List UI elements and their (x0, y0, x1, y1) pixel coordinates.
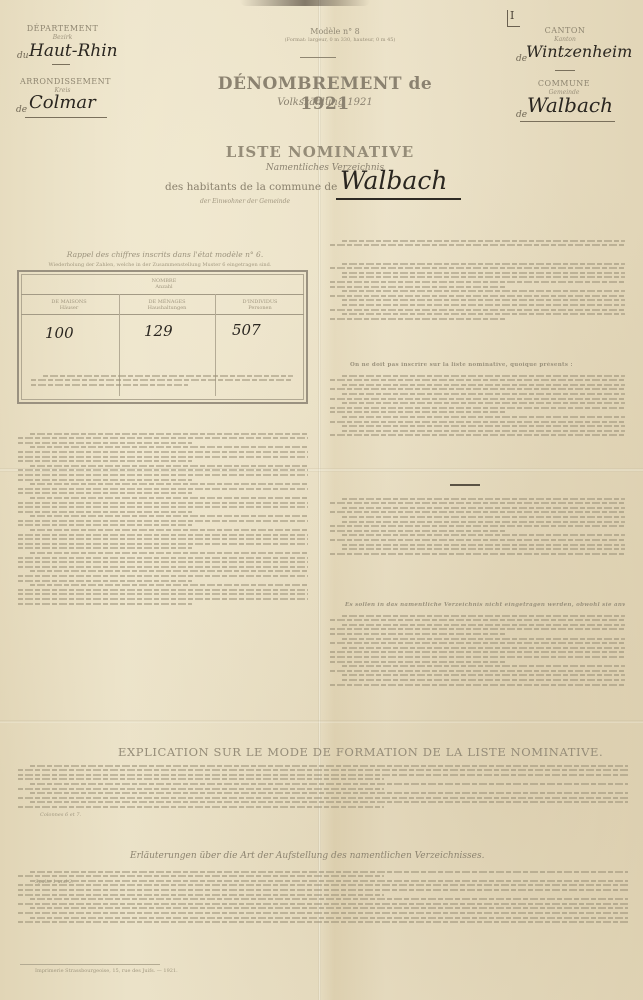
divider (300, 57, 336, 58)
liste-line-fr: des habitants de la commune de (165, 181, 337, 193)
rappel-table: NOMBRE Anzahl DE MAISONS Häuser DE MÉNAG… (17, 270, 308, 404)
rappel-title: Rappel des chiffres inscrits dans l'état… (50, 250, 280, 259)
arrondissement-label: ARRONDISSEMENT (20, 77, 105, 86)
table-col-header-maisons-de: Häuser (24, 305, 114, 312)
format-note: (Format: largeur, 0 m 330, hauteur, 0 m … (245, 37, 435, 43)
divider (555, 70, 575, 71)
arrondissement-prefix: de (16, 105, 27, 115)
model-number: Modèle n° 8 (280, 27, 390, 36)
arrondissement-value: Colmar (29, 92, 96, 113)
table-group-header-de: Anzahl (134, 284, 194, 291)
liste-title: LISTE NOMINATIVE (210, 143, 430, 161)
table-footnote (31, 372, 293, 400)
underline (520, 121, 615, 122)
commune-label: COMMUNE (528, 79, 600, 88)
erlaeuterung-title: Erläuterungen über die Art der Aufstellu… (130, 851, 484, 861)
department-label-de: Bezirk (25, 34, 100, 41)
explication-title: EXPLICATION SUR LE MODE DE FORMATION DE … (118, 745, 603, 759)
underline (25, 117, 107, 118)
table-col-header-individus-de: Personen (218, 305, 302, 312)
rappel-title-de: Wiederholung der Zahlen, welche in der Z… (15, 262, 305, 268)
table-value-menages: 129 (144, 322, 173, 340)
printer-footer: Imprimerie Strassbourgeoise, 15, rue des… (35, 968, 178, 974)
department-prefix: du (17, 51, 29, 61)
table-value-individus: 507 (232, 321, 261, 339)
erlaeuterung-item-1: Spalte 1 und 2. (35, 879, 74, 885)
department-value: Haut-Rhin (29, 41, 118, 61)
table-col-header-menages-de: Haushaltungen (122, 305, 212, 312)
footer-divider (20, 964, 160, 965)
right-heading-2: On ne doit pas inscrire sur la liste nom… (350, 362, 620, 368)
table-value-maisons: 100 (45, 324, 74, 342)
corner-mark: I (510, 9, 514, 22)
erlaeuterung-body (18, 868, 628, 968)
commune-value: Walbach (527, 93, 613, 117)
right-heading-1 (330, 237, 625, 257)
explication-body (18, 762, 628, 842)
canton-value: Wintzenheim (526, 42, 632, 61)
department-label: DÉPARTEMENT (25, 24, 100, 33)
commune-underline (336, 198, 461, 200)
right-heading-de: Es sollen in das namentliche Verzeichnis… (345, 602, 625, 608)
explication-item-3: Colonnes 6 et 7. (40, 812, 81, 818)
instructions-right-de-1 (330, 495, 625, 590)
section-divider (450, 484, 480, 486)
instructions-right-exclure (330, 372, 625, 472)
page-title-de: Volkszählung 1921 (250, 97, 400, 108)
liste-commune-value: Walbach (340, 166, 447, 195)
commune-prefix: de (516, 110, 527, 120)
liste-line-de: der Einwohner der Gemeinde (200, 198, 290, 205)
instructions-right-de-2 (330, 612, 625, 724)
instructions-left (18, 430, 308, 720)
divider (52, 64, 70, 65)
paper-tear (240, 0, 370, 6)
canton-label: CANTON (530, 26, 600, 35)
page-title: DÉNOMBREMENT de 1921 (190, 74, 460, 114)
